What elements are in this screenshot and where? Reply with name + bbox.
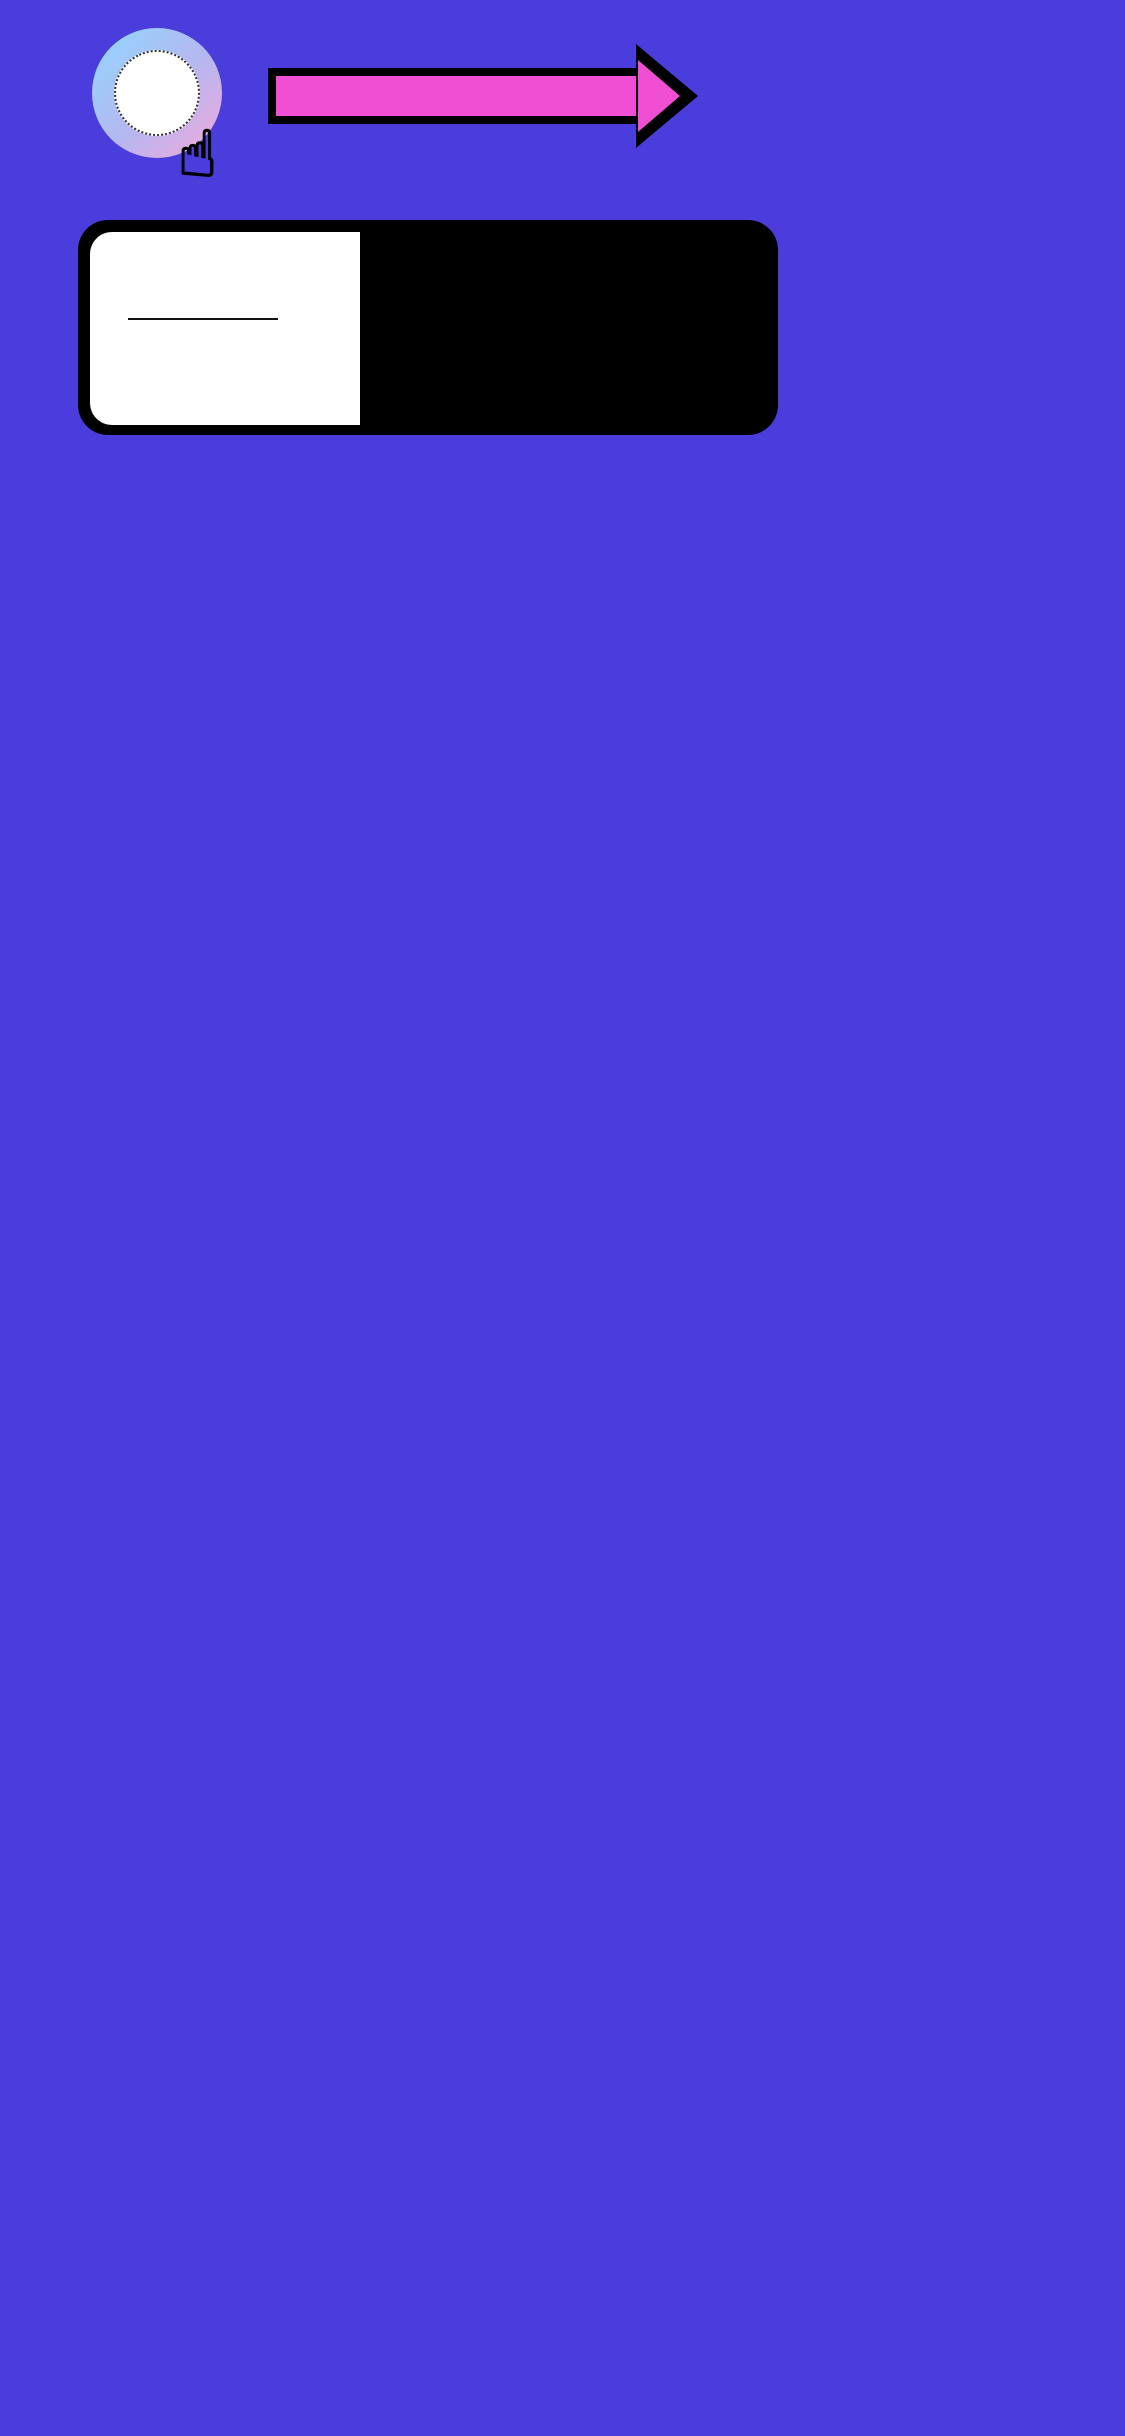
arrow-banner-text — [276, 76, 638, 116]
arrow-banner — [268, 68, 638, 124]
hand-cursor-icon: ☝ — [178, 118, 217, 192]
arrow-head-fill — [638, 60, 680, 132]
hero-card-left — [90, 232, 360, 425]
card-divider — [128, 318, 278, 320]
